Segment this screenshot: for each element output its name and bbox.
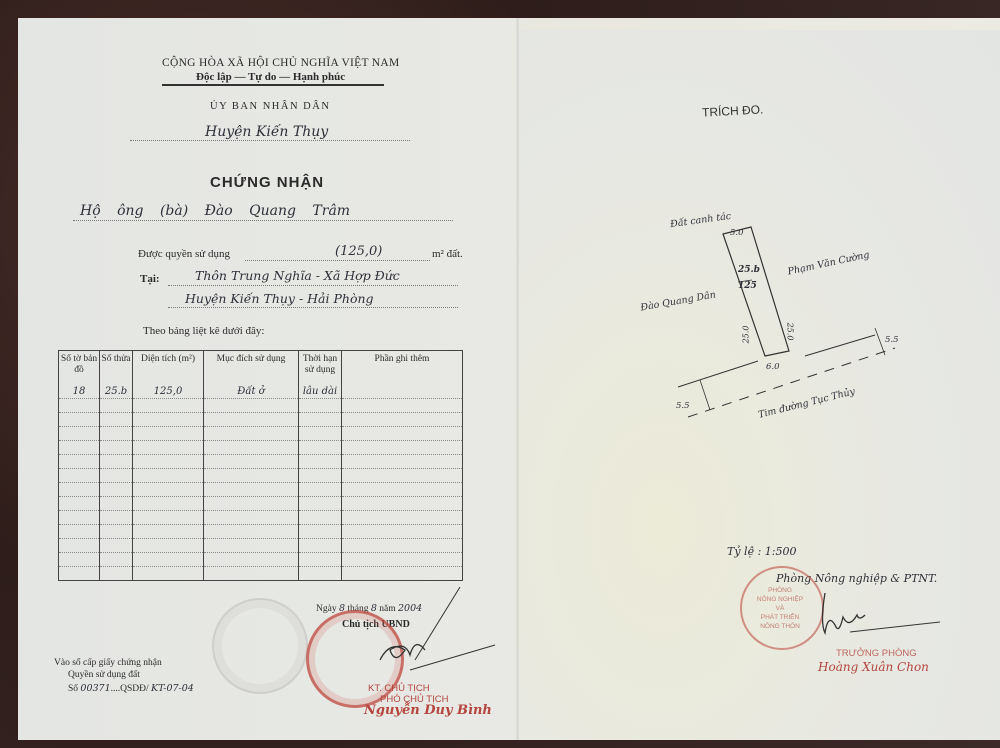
- seal-line: PHÒNG: [752, 586, 808, 595]
- setback-right-label: 5.5: [885, 335, 899, 345]
- table-row: [59, 441, 463, 455]
- cell-map-sheet: 18: [59, 385, 100, 399]
- table-cell: [342, 525, 463, 539]
- registry-code-label: QSDĐ/: [120, 684, 149, 694]
- table-cell: [204, 399, 299, 413]
- table-cell: [59, 455, 100, 469]
- usage-unit: m² đất.: [432, 248, 463, 260]
- table-cell: [133, 511, 204, 525]
- table-cell: [342, 553, 463, 567]
- table-cell: [133, 413, 204, 427]
- table-row: 18 25.b 125,0 Đất ở lâu dài: [59, 385, 463, 399]
- department-signature-icon: [810, 590, 960, 640]
- table-cell: [100, 567, 133, 581]
- table-cell: [59, 553, 100, 567]
- seal-line: NÔNG NGHIỆP: [752, 595, 808, 604]
- table-cell: [133, 427, 204, 441]
- table-cell: [342, 511, 463, 525]
- table-cell: [133, 455, 204, 469]
- table-row: [59, 511, 463, 525]
- table-cell: [204, 483, 299, 497]
- table-cell: [59, 567, 100, 581]
- parcel-map: [630, 210, 910, 440]
- seal-line: PHÁT TRIỂN: [752, 613, 808, 622]
- table-cell: [204, 469, 299, 483]
- registry-number-label: Số: [68, 684, 78, 694]
- table-row: [59, 483, 463, 497]
- usage-area: (125,0): [335, 244, 382, 259]
- bottom-width-label: 6.0: [766, 362, 780, 372]
- table-cell: [100, 511, 133, 525]
- chairman-signature-icon: [360, 585, 500, 685]
- table-cell: [59, 539, 100, 553]
- table-row: [59, 399, 463, 413]
- department-seal-text: PHÒNG NÔNG NGHIỆP VÀ PHÁT TRIỂN NÔNG THÔ…: [752, 586, 808, 631]
- table-cell: [342, 399, 463, 413]
- table-cell: [204, 539, 299, 553]
- top-width-label: 5.0: [730, 228, 744, 238]
- col-notes: Phần ghi thêm: [342, 351, 463, 386]
- registry-number-value: 00371: [80, 683, 110, 694]
- table-cell: [299, 399, 342, 413]
- table-cell: [342, 567, 463, 581]
- document-title: CHỨNG NHẬN: [210, 174, 324, 191]
- location-address-1: Thôn Trung Nghĩa - Xã Hợp Đức: [195, 268, 400, 283]
- table-cell: [100, 525, 133, 539]
- right-length-label: 25.0: [785, 323, 794, 341]
- stamp-on-behalf: KT. CHỦ TỊCH: [368, 683, 430, 694]
- table-cell: [204, 427, 299, 441]
- table-row: [59, 413, 463, 427]
- page-fold: [516, 18, 520, 740]
- table-cell: [204, 413, 299, 427]
- table-cell: [59, 399, 100, 413]
- table-intro: Theo bảng liệt kê dưới đây:: [143, 325, 264, 337]
- table-cell: [59, 483, 100, 497]
- table-cell: [100, 539, 133, 553]
- table-row: [59, 525, 463, 539]
- table-cell: [59, 441, 100, 455]
- registry-number: Số 00371....QSDĐ/ KT-07-04: [68, 683, 194, 694]
- seal-line: VÀ: [752, 604, 808, 613]
- left-length-label: 25.0: [741, 326, 750, 344]
- table-row: [59, 427, 463, 441]
- header-underline: [162, 84, 384, 86]
- map-scale: Tỷ lệ : 1:500: [727, 545, 796, 558]
- table-cell: [299, 413, 342, 427]
- table-cell: [204, 511, 299, 525]
- national-motto: Độc lập — Tự do — Hạnh phúc: [196, 71, 345, 83]
- table-cell: [100, 455, 133, 469]
- table-cell: [204, 567, 299, 581]
- registry-code-value: KT-07-04: [151, 683, 194, 694]
- table-cell: [204, 497, 299, 511]
- district-line: [130, 140, 410, 141]
- cell-term: lâu dài: [299, 385, 342, 399]
- authority-heading: ỦY BAN NHÂN DÂN: [210, 101, 330, 112]
- table-cell: [133, 553, 204, 567]
- table-cell: [59, 469, 100, 483]
- table-cell: [59, 525, 100, 539]
- table-cell: [133, 469, 204, 483]
- table-row: [59, 455, 463, 469]
- table-cell: [299, 441, 342, 455]
- table-cell: [342, 497, 463, 511]
- date-day-label: Ngày: [316, 604, 337, 614]
- table-cell: [204, 441, 299, 455]
- table-cell: [342, 427, 463, 441]
- table-cell: [133, 441, 204, 455]
- table-cell: [100, 497, 133, 511]
- signer-name: Nguyễn Duy Bình: [364, 703, 492, 718]
- table-cell: [100, 441, 133, 455]
- setback-left-label: 5.5: [676, 401, 690, 411]
- embossed-seal-icon: [212, 598, 308, 694]
- land-register-table: Số tờ bản đồ Số thửa Diện tích (m²) Mục …: [58, 350, 463, 581]
- table-cell: [133, 525, 204, 539]
- table-row: [59, 497, 463, 511]
- seal-line: NÔNG THÔN: [752, 622, 808, 631]
- table-cell: [100, 413, 133, 427]
- table-cell: [59, 413, 100, 427]
- col-map-sheet: Số tờ bản đồ: [59, 351, 100, 386]
- cell-notes: [342, 385, 463, 399]
- cell-area: 125,0: [133, 385, 204, 399]
- table-cell: [204, 525, 299, 539]
- table-cell: [204, 553, 299, 567]
- table-cell: [299, 483, 342, 497]
- department-signer-name: Hoàng Xuân Chon: [818, 660, 929, 674]
- table-cell: [59, 497, 100, 511]
- district-name: Huyện Kiến Thụy: [205, 124, 328, 140]
- table-cell: [342, 413, 463, 427]
- location-label: Tại:: [140, 273, 160, 285]
- table-cell: [133, 539, 204, 553]
- col-term: Thời hạn sử dụng: [299, 351, 342, 386]
- table-cell: [342, 469, 463, 483]
- table-cell: [133, 497, 204, 511]
- table-cell: [100, 469, 133, 483]
- col-area: Diện tích (m²): [133, 351, 204, 386]
- location-address-2: Huyện Kiến Thụy - Hải Phòng: [185, 291, 374, 306]
- table-cell: [299, 455, 342, 469]
- owner-line: [73, 220, 453, 221]
- cell-purpose: Đất ở: [204, 385, 299, 399]
- table-cell: [342, 455, 463, 469]
- table-cell: [299, 497, 342, 511]
- table-cell: [59, 511, 100, 525]
- owner-name: Hộ ông (bà) Đào Quang Trâm: [80, 203, 350, 219]
- table-cell: [299, 511, 342, 525]
- table-cell: [100, 553, 133, 567]
- table-cell: [342, 539, 463, 553]
- parcel-id-label: 25.b: [738, 265, 760, 275]
- table-cell: [133, 399, 204, 413]
- table-cell: [299, 553, 342, 567]
- country-heading: CỘNG HÒA XÃ HỘI CHỦ NGHĨA VIỆT NAM: [162, 57, 400, 69]
- table-cell: [299, 567, 342, 581]
- location-line-1: [168, 285, 458, 286]
- registry-line-2: Quyền sử dụng đất: [68, 670, 140, 680]
- table-cell: [342, 441, 463, 455]
- table-cell: [299, 539, 342, 553]
- parcel-area-label: 125: [738, 281, 757, 291]
- table-row: [59, 539, 463, 553]
- table-cell: [133, 567, 204, 581]
- table-row: [59, 469, 463, 483]
- table-cell: [100, 399, 133, 413]
- table-cell: [342, 483, 463, 497]
- col-purpose: Mục đích sử dụng: [204, 351, 299, 386]
- location-line-2: [168, 307, 458, 308]
- table-row: [59, 553, 463, 567]
- table-cell: [100, 427, 133, 441]
- table-cell: [299, 525, 342, 539]
- registry-line-1: Vào sổ cấp giấy chứng nhận: [54, 658, 162, 668]
- cell-parcel: 25.b: [100, 385, 133, 399]
- table-cell: [59, 427, 100, 441]
- usage-label: Được quyền sử dụng: [138, 248, 230, 260]
- table-cell: [100, 483, 133, 497]
- table-cell: [133, 483, 204, 497]
- table-cell: [204, 455, 299, 469]
- usage-line: [245, 260, 430, 261]
- table-cell: [299, 427, 342, 441]
- department-signer-title: TRƯỞNG PHÒNG: [836, 648, 917, 659]
- table-row: [59, 567, 463, 581]
- col-parcel: Số thửa: [100, 351, 133, 386]
- table-cell: [299, 469, 342, 483]
